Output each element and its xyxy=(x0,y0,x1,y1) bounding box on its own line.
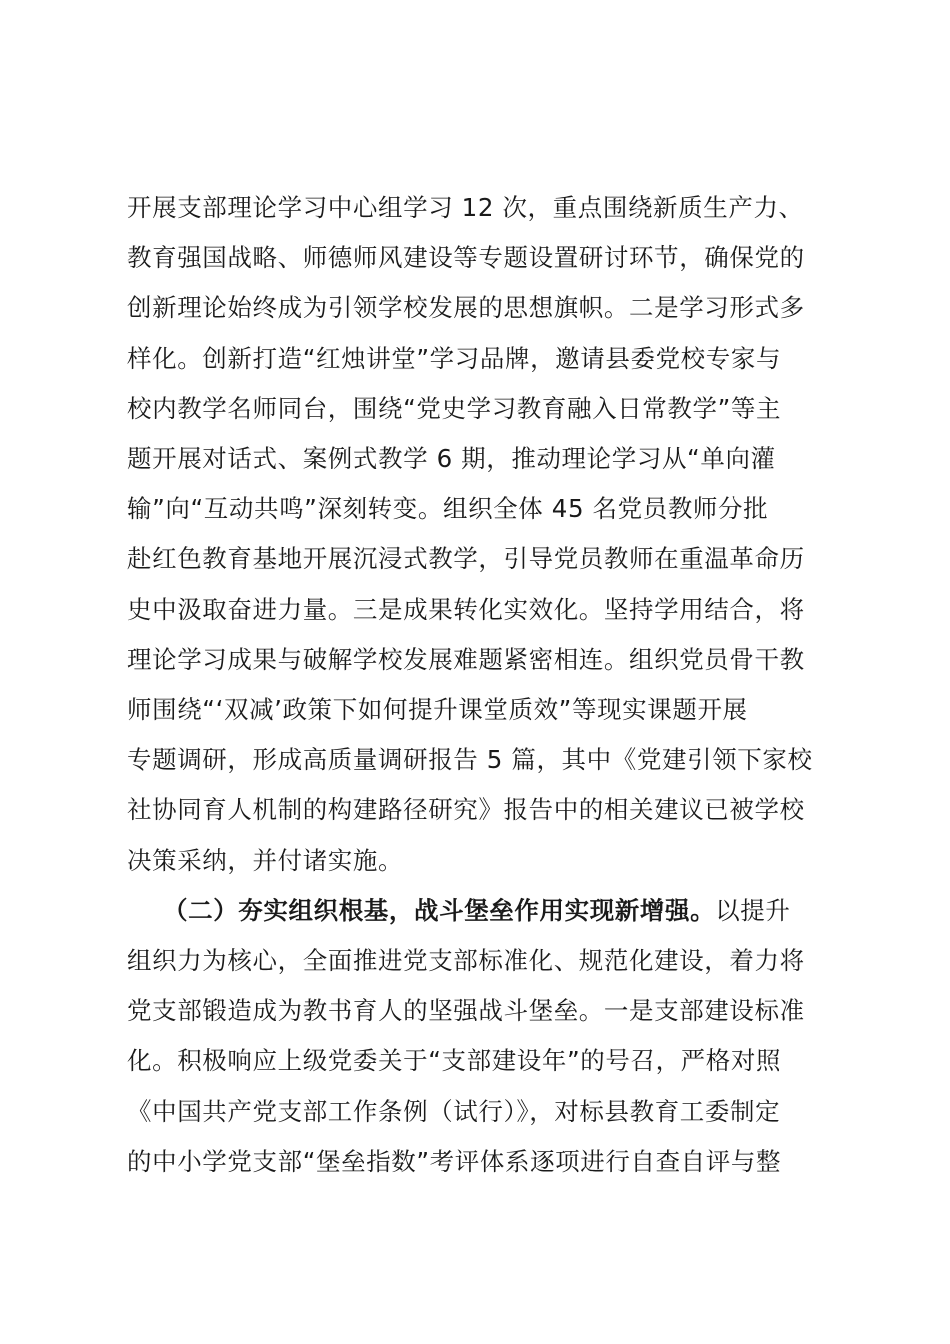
text-line: 赴红色教育基地开展沉浸式教学，引导党员教师在重温革命历 xyxy=(127,534,835,584)
text-run: 以提升 xyxy=(715,896,790,925)
paragraph-study-results: 开展支部理论学习中心组学习 12 次，重点围绕新质生产力、 教育强国战略、师德师… xyxy=(127,183,835,886)
text-line: 教育强国战略、师德师风建设等专题设置研讨环节，确保党的 xyxy=(127,233,835,283)
section-heading: （二）夯实组织根基，战斗堡垒作用实现新增强。 xyxy=(163,896,715,925)
text-line: 的中小学党支部“堡垒指数”考评体系逐项进行自查自评与整 xyxy=(127,1137,835,1187)
text-line: 输”向“互动共鸣”深刻转变。组织全体 45 名党员教师分批 xyxy=(127,484,835,534)
document-page: 开展支部理论学习中心组学习 12 次，重点围绕新质生产力、 教育强国战略、师德师… xyxy=(127,183,835,1187)
text-line: 化。积极响应上级党委关于“支部建设年”的号召，严格对照 xyxy=(127,1036,835,1086)
text-line: 组织力为核心，全面推进党支部标准化、规范化建设，着力将 xyxy=(127,936,835,986)
paragraph-organization: （二）夯实组织根基，战斗堡垒作用实现新增强。以提升 组织力为核心，全面推进党支部… xyxy=(127,886,835,1187)
text-line: 样化。创新打造“红烛讲堂”学习品牌，邀请县委党校专家与 xyxy=(127,334,835,384)
text-line: 开展支部理论学习中心组学习 12 次，重点围绕新质生产力、 xyxy=(127,183,835,233)
text-line: 史中汲取奋进力量。三是成果转化实效化。坚持学用结合，将 xyxy=(127,585,835,635)
text-line: 决策采纳，并付诸实施。 xyxy=(127,836,835,886)
text-line: 题开展对话式、案例式教学 6 期，推动理论学习从“单向灌 xyxy=(127,434,835,484)
text-line: 师围绕“‘双减’政策下如何提升课堂质效”等现实课题开展 xyxy=(127,685,835,735)
text-line: 社协同育人机制的构建路径研究》报告中的相关建议已被学校 xyxy=(127,785,835,835)
text-line: 党支部锻造成为教书育人的坚强战斗堡垒。一是支部建设标准 xyxy=(127,986,835,1036)
text-line: 专题调研，形成高质量调研报告 5 篇，其中《党建引领下家校 xyxy=(127,735,835,785)
text-line: 理论学习成果与破解学校发展难题紧密相连。组织党员骨干教 xyxy=(127,635,835,685)
section-heading-line: （二）夯实组织根基，战斗堡垒作用实现新增强。以提升 xyxy=(127,886,835,936)
text-line: 创新理论始终成为引领学校发展的思想旗帜。二是学习形式多 xyxy=(127,283,835,333)
text-line: 《中国共产党支部工作条例（试行）》，对标县教育工委制定 xyxy=(127,1087,835,1137)
text-line: 校内教学名师同台，围绕“党史学习教育融入日常教学”等主 xyxy=(127,384,835,434)
